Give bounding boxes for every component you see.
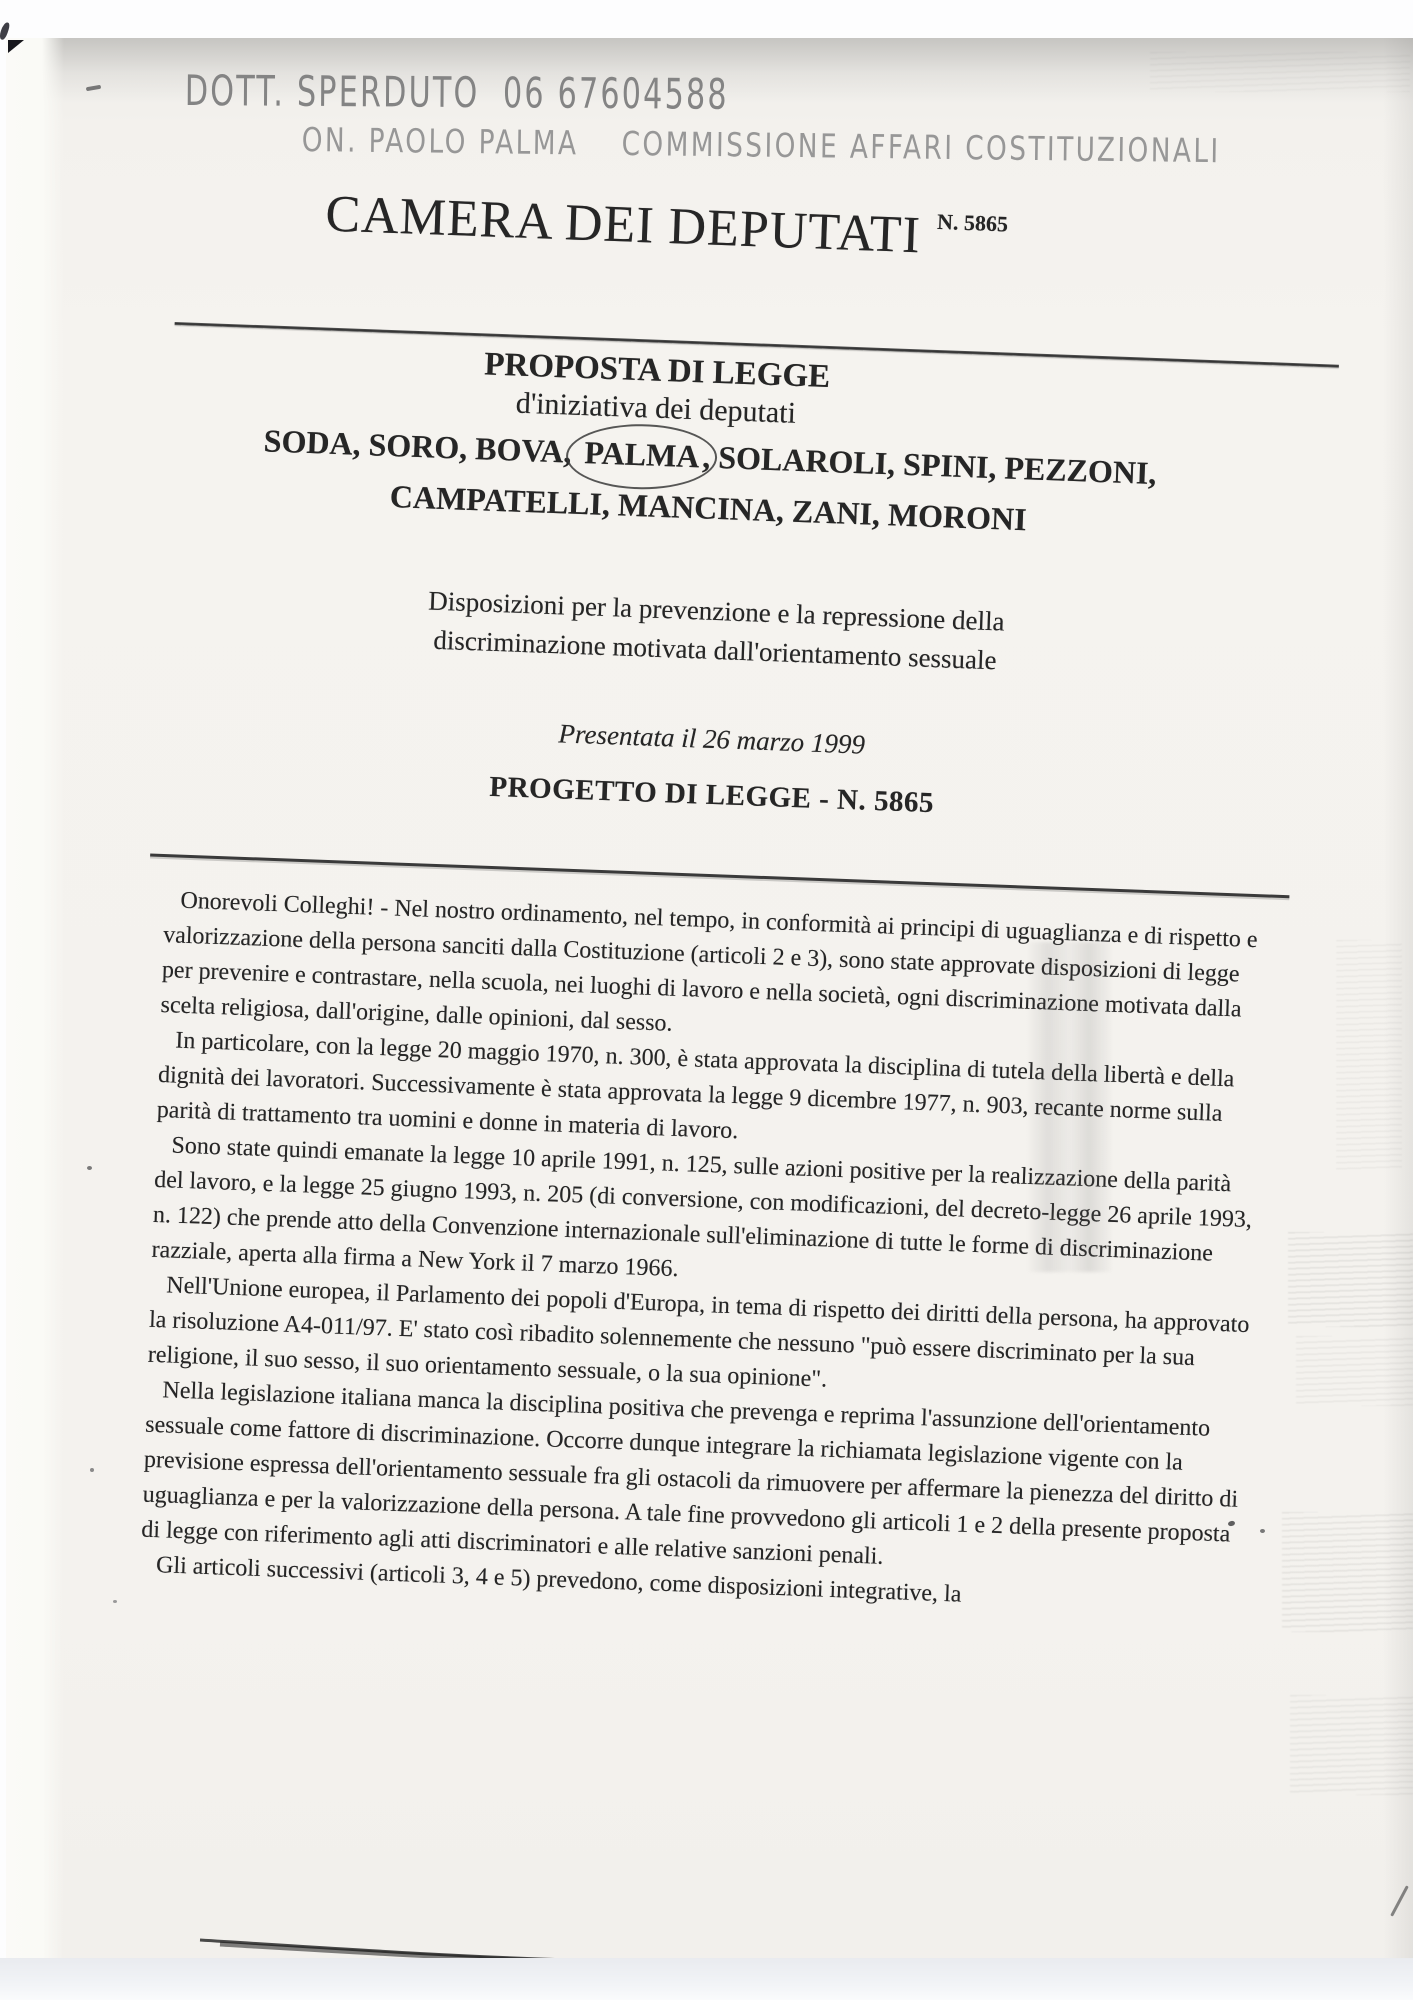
authors-after-circle: , SOLAROLI, SPINI, PEZZONI, — [702, 438, 1157, 491]
scanned-document-page: DOTT. SPERDUTO 06 67604588 ON. PAOLO PAL… — [0, 0, 1413, 2000]
printed-document-content: CAMERA DEI DEPUTATIN. 5865 PROPOSTA DI L… — [44, 176, 1345, 1625]
authors-before-circle: SODA, SORO, BOVA, — [263, 422, 572, 469]
scan-background-below-paper — [0, 1958, 1413, 2000]
scan-speck — [87, 1166, 92, 1170]
scan-streak — [1150, 52, 1410, 92]
scan-vertical-smudge — [1026, 942, 1114, 1272]
scan-streak — [1290, 1695, 1413, 1795]
bill-subject: Disposizioni per la prevenzione e la rep… — [90, 569, 1342, 693]
scan-streak — [1336, 940, 1402, 1170]
scan-speck — [90, 1468, 94, 1472]
handwritten-note-line1: DOTT. SPERDUTO 06 67604588 — [185, 66, 729, 119]
scan-streak — [1282, 1512, 1413, 1632]
scan-streak — [1296, 1336, 1413, 1406]
scan-streak — [1288, 1232, 1413, 1327]
scan-speck — [113, 1600, 117, 1603]
ink-dot — [1260, 1529, 1265, 1533]
document-number: N. 5865 — [937, 209, 1009, 237]
author-circled-palma: PALMA — [581, 431, 703, 478]
scan-left-light-strip — [6, 38, 64, 1958]
